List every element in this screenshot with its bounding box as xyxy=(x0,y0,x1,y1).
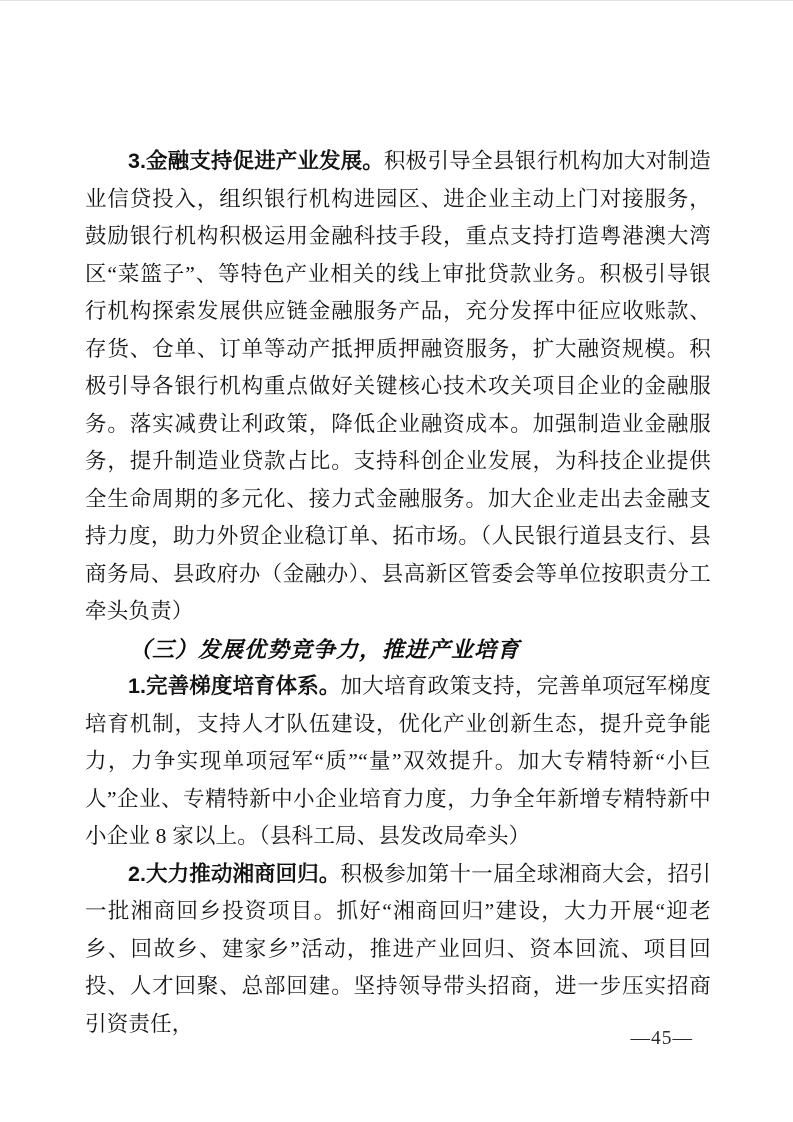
section-heading-develop-competitiveness: （三）发展优势竞争力，推进产业培育 xyxy=(85,631,711,669)
document-page: 3.金融支持促进产业发展。积极引导全县银行机构加大对制造业信贷投入，组织银行机构… xyxy=(0,0,793,1122)
page-number: —45— xyxy=(631,1028,694,1049)
paragraph-gradient-cultivation: 1.完善梯度培育体系。加大培育政策支持，完善单项冠军梯度培育机制，支持人才队伍建… xyxy=(85,668,711,856)
page-footer: —45— xyxy=(631,1027,694,1051)
paragraph-finance-support: 3.金融支持促进产业发展。积极引导全县银行机构加大对制造业信贷投入，组织银行机构… xyxy=(85,143,711,631)
paragraph-xiangshang-return-text: 积极参加第十一届全球湘商大会，招引一批湘商回乡投资项目。抓好“湘商回归”建设，大… xyxy=(85,862,711,1036)
paragraph-xiangshang-return: 2.大力推动湘商回归。积极参加第十一届全球湘商大会，招引一批湘商回乡投资项目。抓… xyxy=(85,856,711,1044)
document-body: 3.金融支持促进产业发展。积极引导全县银行机构加大对制造业信贷投入，组织银行机构… xyxy=(85,143,711,1043)
paragraph-gradient-cultivation-text: 加大培育政策支持，完善单项冠军梯度培育机制，支持人才队伍建设，优化产业创新生态，… xyxy=(85,674,711,848)
paragraph-finance-support-text: 积极引导全县银行机构加大对制造业信贷投入，组织银行机构进园区、进企业主动上门对接… xyxy=(85,149,711,623)
paragraph-xiangshang-return-lead: 2.大力推动湘商回归。 xyxy=(128,862,340,886)
paragraph-finance-support-lead: 3.金融支持促进产业发展。 xyxy=(128,149,384,173)
paragraph-gradient-cultivation-lead: 1.完善梯度培育体系。 xyxy=(128,674,340,698)
